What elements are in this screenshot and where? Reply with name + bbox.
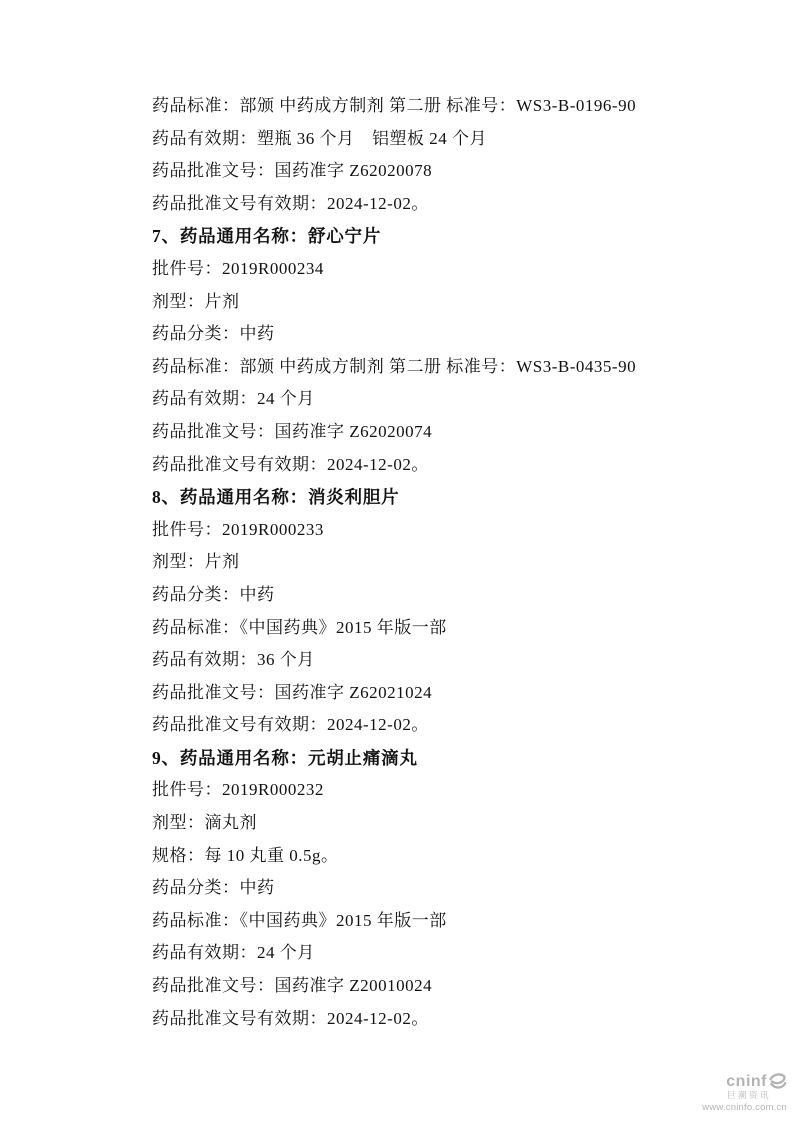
- doc-line: 药品批准文号：国药准字 Z62020078: [152, 155, 662, 188]
- doc-line: 药品批准文号：国药准字 Z62020074: [152, 416, 662, 449]
- cninfo-brand-chinese: 巨潮资讯: [702, 1091, 771, 1100]
- doc-line: 批件号：2019R000232: [152, 774, 662, 807]
- cninfo-watermark: cninf 巨潮资讯 www.cninfo.com.cn: [702, 1073, 787, 1113]
- cninfo-swirl-icon: [768, 1073, 787, 1090]
- doc-line: 药品有效期：24 个月: [152, 383, 662, 416]
- document-page: 药品标准：部颁 中药成方制剂 第二册 标准号：WS3-B-0196-90 药品有…: [0, 0, 793, 1122]
- doc-line: 药品有效期：24 个月: [152, 937, 662, 970]
- doc-line: 药品批准文号：国药准字 Z62021024: [152, 677, 662, 710]
- section-heading-7: 7、药品通用名称：舒心宁片: [152, 220, 662, 253]
- doc-line: 药品分类：中药: [152, 318, 662, 351]
- doc-line: 剂型：片剂: [152, 286, 662, 319]
- doc-line: 批件号：2019R000233: [152, 514, 662, 547]
- document-body: 药品标准：部颁 中药成方制剂 第二册 标准号：WS3-B-0196-90 药品有…: [152, 90, 662, 1035]
- doc-line: 药品标准：部颁 中药成方制剂 第二册 标准号：WS3-B-0435-90: [152, 351, 662, 384]
- cninfo-url: www.cninfo.com.cn: [702, 1103, 787, 1113]
- doc-line: 药品标准：《中国药典》2015 年版一部: [152, 905, 662, 938]
- cninfo-logo: cninf: [702, 1073, 787, 1091]
- doc-line: 规格：每 10 丸重 0.5g。: [152, 840, 662, 873]
- doc-line: 批件号：2019R000234: [152, 253, 662, 286]
- doc-line: 药品有效期：36 个月: [152, 644, 662, 677]
- doc-line: 药品批准文号：国药准字 Z20010024: [152, 970, 662, 1003]
- doc-line: 药品分类：中药: [152, 872, 662, 905]
- doc-line: 药品分类：中药: [152, 579, 662, 612]
- section-heading-8: 8、药品通用名称：消炎利胆片: [152, 481, 662, 514]
- doc-line: 药品批准文号有效期：2024-12-02。: [152, 1003, 662, 1036]
- doc-line: 剂型：滴丸剂: [152, 807, 662, 840]
- doc-line: 药品标准：《中国药典》2015 年版一部: [152, 612, 662, 645]
- doc-line: 药品批准文号有效期：2024-12-02。: [152, 449, 662, 482]
- doc-line: 药品批准文号有效期：2024-12-02。: [152, 709, 662, 742]
- doc-line: 剂型：片剂: [152, 546, 662, 579]
- doc-line: 药品有效期：塑瓶 36 个月 铝塑板 24 个月: [152, 123, 662, 156]
- doc-line: 药品批准文号有效期：2024-12-02。: [152, 188, 662, 221]
- cninfo-logo-text: cninf: [726, 1073, 767, 1091]
- doc-line: 药品标准：部颁 中药成方制剂 第二册 标准号：WS3-B-0196-90: [152, 90, 662, 123]
- section-heading-9: 9、药品通用名称：元胡止痛滴丸: [152, 742, 662, 775]
